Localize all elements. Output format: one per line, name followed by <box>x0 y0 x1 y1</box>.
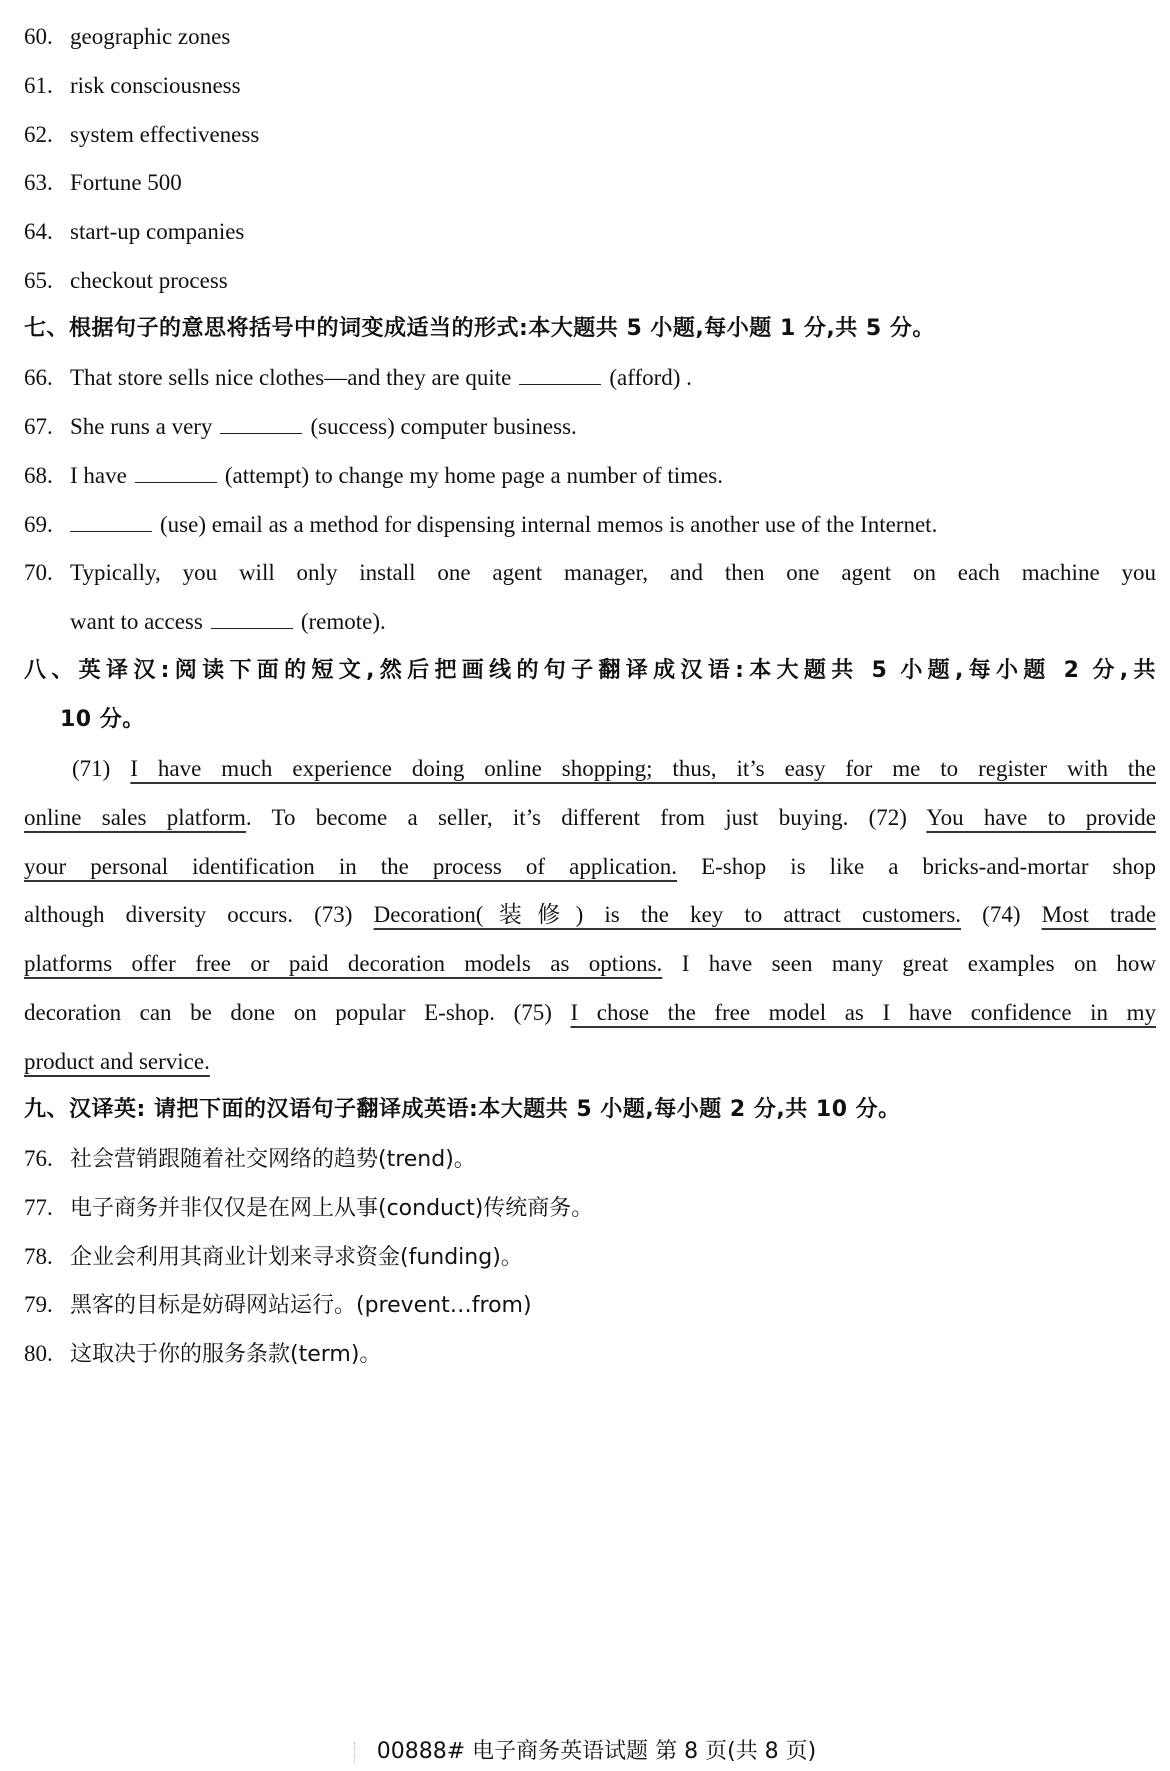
item-number: 79. <box>24 1290 70 1320</box>
scan-mark <box>354 1742 371 1764</box>
underlined-sentence-75: I chose the free model as I have confide… <box>571 1000 1157 1025</box>
translate-item-79: 79.黑客的目标是妨碍网站运行。(prevent…from) <box>24 1290 1156 1321</box>
item-number: 69. <box>24 510 70 540</box>
item-text: to change my home page a number of times… <box>309 463 723 488</box>
underlined-sentence-74-cont: platforms offer free or paid decoration … <box>24 951 662 976</box>
fill-item-70-line1: 70.Typically, you will only install one … <box>24 558 1156 588</box>
word-hint: (afford) <box>609 365 680 390</box>
passage-text: E-shop is like a bricks-and-mortar shop <box>677 854 1156 879</box>
item-text: 黑客的目标是妨碍网站运行。(prevent…from) <box>70 1293 532 1318</box>
translate-item-76: 76.社会营销跟随着社交网络的趋势(trend)。 <box>24 1144 1156 1175</box>
section-7-heading: 七、根据句子的意思将括号中的词变成适当的形式:本大题共 5 小题,每小题 1 分… <box>24 314 1156 344</box>
item-text: . <box>380 609 386 634</box>
item-number: 63. <box>24 168 70 198</box>
item-text: want to access <box>70 609 203 634</box>
fill-item-70-line2: want to access(remote). <box>70 607 1156 637</box>
section-8-heading-cont: 10 分。 <box>60 705 1156 735</box>
underlined-sentence-74: Most trade <box>1042 902 1156 927</box>
vocab-item: 60.geographic zones <box>24 22 1156 52</box>
answer-blank[interactable] <box>211 608 293 629</box>
passage-line: (71) I have much experience doing online… <box>72 754 1156 784</box>
item-text: start-up companies <box>70 219 244 244</box>
word-hint: (remote) <box>301 609 380 634</box>
vocab-item: 61.risk consciousness <box>24 71 1156 101</box>
item-text: checkout process <box>70 268 228 293</box>
item-text: 这取决于你的服务条款(term)。 <box>70 1342 381 1367</box>
item-number: 78. <box>24 1242 70 1272</box>
underlined-sentence-72-cont: your personal identification in the proc… <box>24 854 677 879</box>
passage-line: online sales platform. To become a selle… <box>24 803 1156 833</box>
underlined-sentence-71: I have much experience doing online shop… <box>130 756 1156 781</box>
item-text: She runs a very <box>70 414 212 439</box>
vocab-item: 63.Fortune 500 <box>24 168 1156 198</box>
item-text: risk consciousness <box>70 73 241 98</box>
passage-text: although diversity occurs. (73) <box>24 902 352 927</box>
fill-item-68: 68.I have(attempt) to change my home pag… <box>24 461 1156 491</box>
translate-item-77: 77.电子商务并非仅仅是在网上从事(conduct)传统商务。 <box>24 1193 1156 1224</box>
item-text: geographic zones <box>70 24 230 49</box>
page-number-label: 00888# 电子商务英语试题 第 8 页(共 8 页) <box>377 1739 817 1764</box>
item-number: 80. <box>24 1339 70 1369</box>
item-number: 62. <box>24 120 70 150</box>
underlined-sentence-72: You have to provide <box>926 805 1156 830</box>
underlined-sentence-75-cont: product and service. <box>24 1049 210 1074</box>
item-text: Typically, you will only install one age… <box>70 560 1156 585</box>
passage-line: although diversity occurs. (73) Decorati… <box>24 900 1156 930</box>
item-text: . <box>680 365 692 390</box>
question-marker-74: (74) <box>982 902 1020 927</box>
item-number: 66. <box>24 363 70 393</box>
answer-blank[interactable] <box>70 511 152 532</box>
item-number: 70. <box>24 558 70 588</box>
item-text: computer business. <box>395 414 577 439</box>
item-text: That store sells nice clothes—and they a… <box>70 365 511 390</box>
exam-page: 60.geographic zones 61.risk consciousnes… <box>0 0 1170 1771</box>
item-number: 67. <box>24 412 70 442</box>
vocab-item: 65.checkout process <box>24 266 1156 296</box>
passage-text: I have seen many great examples on how <box>662 951 1156 976</box>
passage-text: decoration can be done on popular E-shop… <box>24 1000 552 1025</box>
passage-line: product and service. <box>24 1047 1156 1077</box>
underlined-sentence-71-cont: online sales platform <box>24 805 246 830</box>
fill-item-67: 67.She runs a very(success) computer bus… <box>24 412 1156 442</box>
underlined-sentence-73: Decoration(装修) is the key to attract cus… <box>374 902 961 927</box>
item-number: 64. <box>24 217 70 247</box>
item-text: 企业会利用其商业计划来寻求资金(funding)。 <box>70 1245 523 1270</box>
section-8-heading: 八、英译汉:阅读下面的短文,然后把画线的句子翻译成汉语:本大题共 5 小题,每小… <box>24 656 1156 686</box>
vocab-item: 62.system effectiveness <box>24 120 1156 150</box>
item-number: 61. <box>24 71 70 101</box>
item-text: Fortune 500 <box>70 170 182 195</box>
word-hint: (success) <box>310 414 394 439</box>
translate-item-80: 80.这取决于你的服务条款(term)。 <box>24 1339 1156 1370</box>
fill-item-66: 66.That store sells nice clothes—and the… <box>24 363 1156 393</box>
answer-blank[interactable] <box>135 462 217 483</box>
item-number: 65. <box>24 266 70 296</box>
passage-line: your personal identification in the proc… <box>24 852 1156 882</box>
word-hint: (attempt) <box>225 463 309 488</box>
item-text: system effectiveness <box>70 122 259 147</box>
fill-item-69: 69.(use) email as a method for dispensin… <box>24 510 1156 540</box>
item-number: 68. <box>24 461 70 491</box>
item-text: I have <box>70 463 127 488</box>
item-text: 社会营销跟随着社交网络的趋势(trend)。 <box>70 1147 476 1172</box>
answer-blank[interactable] <box>220 413 302 434</box>
passage-text: . To become a seller, it’s different fro… <box>246 805 907 830</box>
passage-line: decoration can be done on popular E-shop… <box>24 998 1156 1028</box>
section-9-heading: 九、汉译英: 请把下面的汉语句子翻译成英语:本大题共 5 小题,每小题 2 分,… <box>24 1095 1156 1125</box>
item-text: email as a method for dispensing interna… <box>206 512 937 537</box>
vocab-item: 64.start-up companies <box>24 217 1156 247</box>
page-footer: 00888# 电子商务英语试题 第 8 页(共 8 页) <box>0 1734 1170 1765</box>
word-hint: (use) <box>160 512 206 537</box>
item-number: 60. <box>24 22 70 52</box>
item-text: 电子商务并非仅仅是在网上从事(conduct)传统商务。 <box>70 1196 593 1221</box>
question-marker-71: (71) <box>72 756 110 781</box>
item-number: 76. <box>24 1144 70 1174</box>
answer-blank[interactable] <box>519 364 601 385</box>
translate-item-78: 78.企业会利用其商业计划来寻求资金(funding)。 <box>24 1242 1156 1273</box>
passage-line: platforms offer free or paid decoration … <box>24 949 1156 979</box>
item-number: 77. <box>24 1193 70 1223</box>
